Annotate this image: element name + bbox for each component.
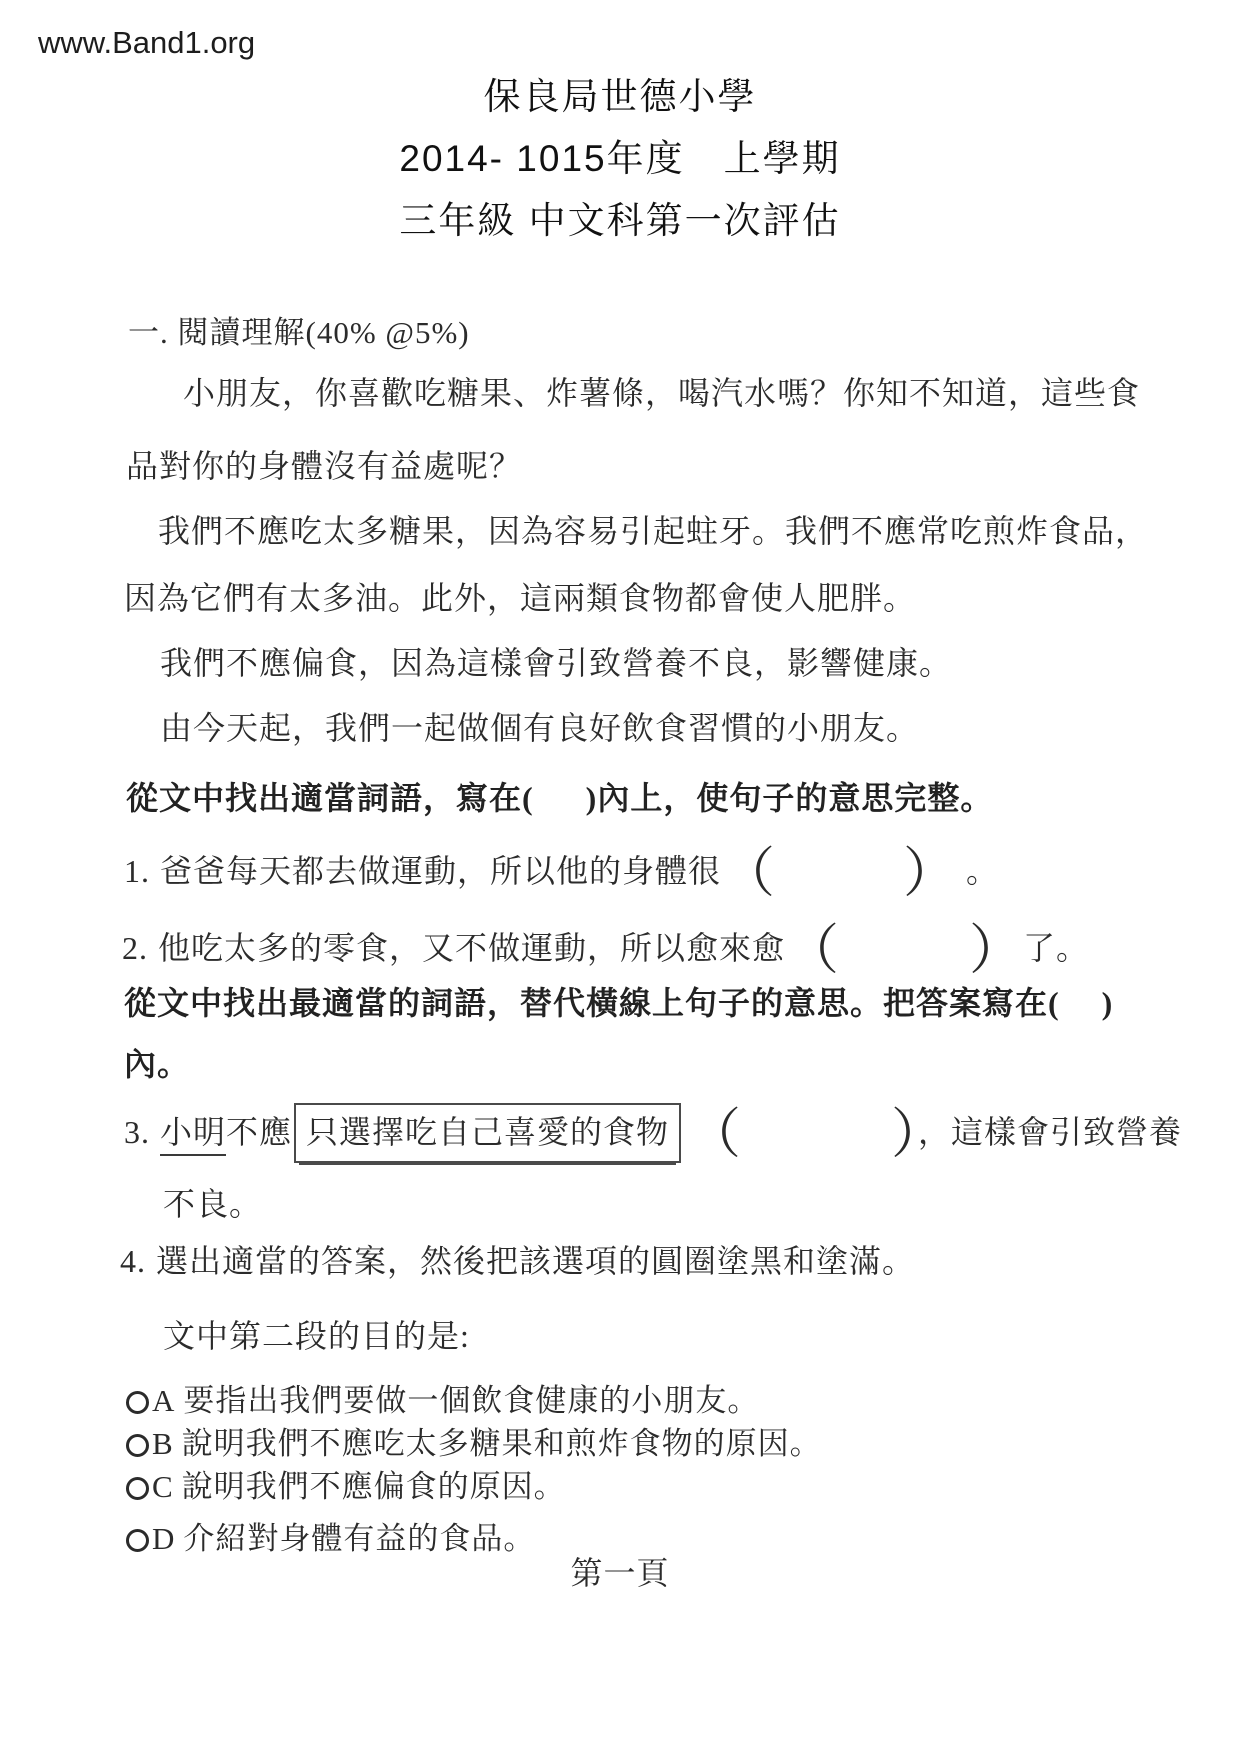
passage-line-3: 我們不應吃太多糖果，因為容易引起蛀牙。我們不應常吃煎炸食品，	[158, 510, 1148, 552]
question-3-number: 3.	[124, 1111, 150, 1153]
replace-instruction-line-1: 從文中找出最適當的詞語，替代橫線上句子的意思。把答案寫在()	[124, 982, 1113, 1024]
section-heading: 一. 閱讀理解(40% @5%)	[128, 312, 470, 354]
passage-line-4: 因為它們有太多油。此外，這兩類食物都會使人肥胖。	[124, 577, 916, 619]
question-1-tail: 。	[966, 853, 999, 889]
fill-in-instruction-pre: 從文中找出適當詞語，寫在(	[126, 780, 534, 816]
exam-title: 三年級 中文科第一次評估	[0, 200, 1240, 242]
option-d-bubble-icon[interactable]	[126, 1529, 149, 1552]
option-c-text: 說明我們不應偏食的原因。	[182, 1469, 566, 1504]
question-3-mid: 不應	[226, 1114, 292, 1150]
question-2-tail: 了。	[1023, 930, 1089, 966]
question-3: 3.小明不應只選擇吃自己喜愛的食物（），這樣會引致營養	[124, 1103, 1182, 1163]
question-2-text: 他吃太多的零食，又不做運動，所以愈來愈	[158, 930, 785, 966]
replace-instruction-pre: 從文中找出最適當的詞語，替代橫線上句子的意思。把答案寫在(	[124, 985, 1060, 1021]
passage-line-2: 品對你的身體沒有益處呢？	[126, 445, 522, 487]
option-b-text: 說明我們不應吃太多糖果和煎炸食物的原因。	[182, 1426, 822, 1461]
question-1-text: 爸爸每天都去做運動，所以他的身體很	[160, 853, 721, 889]
fill-in-instruction: 從文中找出適當詞語，寫在()內上，使句子的意思完整。	[126, 777, 993, 819]
replace-instruction-post: )	[1102, 985, 1114, 1021]
replace-instruction-line-2: 內。	[124, 1043, 190, 1085]
question-4-number: 4.	[120, 1240, 146, 1282]
option-a-bubble-icon[interactable]	[126, 1391, 149, 1414]
option-d-text: 介紹對身體有益的食品。	[183, 1521, 535, 1556]
option-row-b[interactable]: B說明我們不應吃太多糖果和煎炸食物的原因。	[126, 1423, 822, 1465]
option-a-text: 要指出我們要做一個飲食健康的小朋友。	[183, 1383, 759, 1418]
question-3-tail: ，這樣會引致營養	[918, 1114, 1182, 1150]
open-paren: （	[721, 843, 775, 903]
question-1-number: 1.	[124, 850, 150, 892]
question-4-text: 選出適當的答案，然後把該選項的圓圈塗黑和塗滿。	[156, 1243, 915, 1279]
option-b-letter: B	[152, 1423, 174, 1465]
year-term: 2014- 1015年度 上學期	[0, 138, 1240, 180]
fill-in-instruction-post: )內上，使句子的意思完整。	[586, 780, 994, 816]
option-row-c[interactable]: C說明我們不應偏食的原因。	[126, 1466, 566, 1508]
exam-paper-page: www.Band1.org 保良局世德小學 2014- 1015年度 上學期 三…	[0, 0, 1240, 1754]
school-name: 保良局世德小學	[0, 76, 1240, 118]
question-4-prompt: 文中第二段的目的是:	[163, 1315, 470, 1357]
option-a-letter: A	[152, 1380, 175, 1422]
passage-line-5: 我們不應偏食，因為這樣會引致營養不良，影響健康。	[160, 642, 952, 684]
question-3-underlined-name: 小明	[160, 1114, 226, 1156]
question-1: 1.爸爸每天都去做運動，所以他的身體很（） 。	[124, 850, 999, 894]
passage-line-6: 由今天起，我們一起做個有良好飲食習慣的小朋友。	[160, 707, 919, 749]
open-paren: （	[687, 1104, 741, 1164]
option-c-letter: C	[152, 1466, 174, 1508]
close-paren: ）	[969, 920, 1023, 980]
page-number: 第一頁	[0, 1552, 1240, 1594]
option-b-bubble-icon[interactable]	[126, 1434, 149, 1457]
option-row-a[interactable]: A要指出我們要做一個飲食健康的小朋友。	[126, 1380, 759, 1422]
question-3-boxed-phrase: 只選擇吃自己喜愛的食物	[294, 1103, 681, 1163]
passage-line-1: 小朋友，你喜歡吃糖果、炸薯條，喝汽水嗎？你知不知道，這些食	[183, 372, 1140, 414]
question-2: 2.他吃太多的零食，又不做運動，所以愈來愈（）了。	[122, 927, 1089, 971]
open-paren: （	[785, 920, 839, 980]
question-3-line-2: 不良。	[163, 1183, 262, 1225]
close-paren: ）	[903, 843, 957, 903]
question-4: 4.選出適當的答案，然後把該選項的圓圈塗黑和塗滿。	[120, 1240, 915, 1282]
option-c-bubble-icon[interactable]	[126, 1477, 149, 1500]
question-2-number: 2.	[122, 927, 148, 969]
watermark-link[interactable]: www.Band1.org	[38, 22, 255, 64]
close-paren: ）	[891, 1104, 918, 1164]
